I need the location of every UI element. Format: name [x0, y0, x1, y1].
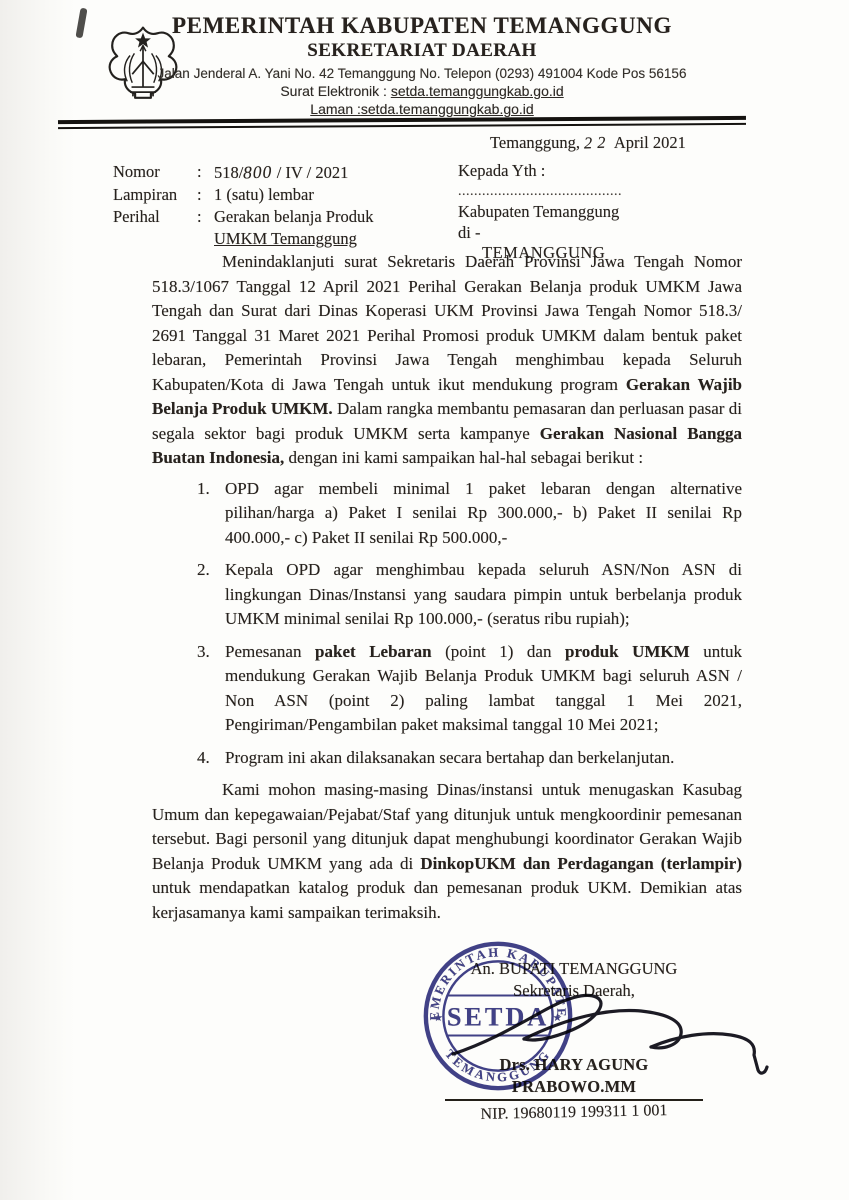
- list-item-text: Pemesanan paket Lebaran (point 1) dan pr…: [225, 640, 742, 738]
- text-segment: DinkopUKM dan Perdagangan (terlampir): [420, 854, 742, 873]
- colon: :: [197, 206, 214, 228]
- text-segment: produk UMKM: [565, 642, 690, 661]
- letter-meta: Nomor : 518/800 / IV / 2021 Lampiran : 1…: [113, 161, 373, 250]
- numbered-list: 1. OPD agar membeli minimal 1 paket leba…: [152, 477, 742, 771]
- closing-paragraph: Kami mohon masing-masing Dinas/instansi …: [152, 778, 742, 925]
- perihal-value-line2: UMKM Temanggung: [214, 228, 357, 250]
- email-line: Surat Elektronik : setda.temanggungkab.g…: [148, 83, 696, 99]
- perihal-row: Perihal : Gerakan belanja Produk: [113, 206, 373, 228]
- list-item-number: 2.: [197, 558, 225, 632]
- text-segment: Pemesanan: [225, 642, 315, 661]
- perihal-value-line1: Gerakan belanja Produk: [214, 206, 373, 228]
- text-segment: Menindaklanjuti surat Sekretaris Daerah …: [152, 252, 742, 394]
- colon: :: [197, 161, 214, 184]
- scan-artifact: [75, 8, 87, 39]
- list-item-number: 4.: [197, 746, 225, 771]
- nomor-label: Nomor: [113, 161, 197, 184]
- website-value: setda.temanggungkab.go.id: [361, 101, 534, 117]
- letterhead: PEMERINTAH KABUPATEN TEMANGGUNG SEKRETAR…: [148, 13, 696, 117]
- perihal-row-2: UMKM Temanggung: [113, 228, 373, 250]
- list-item-number: 1.: [197, 477, 225, 551]
- list-item-text: Kepala OPD agar menghimbau kepada seluru…: [225, 558, 742, 632]
- email-label: Surat Elektronik :: [280, 83, 391, 99]
- colon: :: [197, 184, 214, 206]
- kepada-yth: Kepada Yth :: [458, 161, 622, 182]
- text-segment: paket Lebaran: [315, 642, 432, 661]
- date-place: Temanggung,: [490, 133, 580, 152]
- date-line: Temanggung, 22 April 2021: [490, 133, 686, 153]
- lampiran-row: Lampiran : 1 (satu) lembar: [113, 184, 373, 206]
- government-name: PEMERINTAH KABUPATEN TEMANGGUNG: [148, 13, 696, 39]
- list-item-text: OPD agar membeli minimal 1 paket lebaran…: [225, 477, 742, 551]
- list-item-number: 3.: [197, 640, 225, 738]
- recipient-dotted-line: ........................................…: [458, 182, 622, 203]
- text-segment: (point 1) dan: [432, 642, 565, 661]
- opening-paragraph: Menindaklanjuti surat Sekretaris Daerah …: [152, 250, 742, 471]
- list-item: 4. Program ini akan dilaksanakan secara …: [152, 746, 742, 771]
- lampiran-value: 1 (satu) lembar: [214, 184, 314, 206]
- nomor-post: / IV / 2021: [273, 163, 349, 182]
- scanned-official-letter: PEMERINTAH KABUPATEN TEMANGGUNG SEKRETAR…: [0, 0, 849, 1200]
- date-month-year: April 2021: [614, 133, 686, 152]
- list-item-text: Program ini akan dilaksanakan secara ber…: [225, 746, 742, 771]
- text-segment: dengan ini kami sampaikan hal-hal sebaga…: [284, 448, 643, 467]
- nomor-pre: 518/: [214, 163, 243, 182]
- letter-body: Menindaklanjuti surat Sekretaris Daerah …: [152, 250, 742, 925]
- date-day-handwritten: 22: [584, 133, 611, 154]
- handwritten-signature: [445, 980, 795, 1082]
- letterhead-divider: [58, 116, 746, 129]
- stamp-star-left: ★: [434, 1012, 444, 1024]
- list-item: 2. Kepala OPD agar menghimbau kepada sel…: [152, 558, 742, 632]
- address-line: Jalan Jenderal A. Yani No. 42 Temanggung…: [148, 66, 696, 81]
- text-segment: untuk mendapatkan katalog produk dan pem…: [152, 878, 742, 922]
- nomor-row: Nomor : 518/800 / IV / 2021: [113, 161, 373, 184]
- text-segment: Program ini akan dilaksanakan secara ber…: [225, 748, 674, 767]
- nomor-handwritten: 800: [243, 160, 273, 183]
- text-segment: Kepala OPD agar menghimbau kepada seluru…: [225, 560, 742, 628]
- signatory-nip: NIP. 19680119 199311 1 001: [445, 1099, 703, 1126]
- list-item: 1. OPD agar membeli minimal 1 paket leba…: [152, 477, 742, 551]
- department-name: SEKRETARIAT DAERAH: [148, 40, 696, 62]
- nomor-value: 518/800 / IV / 2021: [214, 161, 348, 184]
- website-label: Laman :: [310, 101, 361, 117]
- recipient-region: Kabupaten Temanggung: [458, 202, 622, 223]
- lampiran-label: Lampiran: [113, 184, 197, 206]
- email-value: setda.temanggungkab.go.id: [391, 83, 564, 99]
- recipient-di: di -: [458, 223, 622, 244]
- recipient-block: Kepada Yth : ...........................…: [458, 161, 622, 264]
- text-segment: OPD agar membeli minimal 1 paket lebaran…: [225, 479, 742, 547]
- website-line: Laman :setda.temanggungkab.go.id: [148, 101, 696, 117]
- perihal-label: Perihal: [113, 206, 197, 228]
- list-item: 3. Pemesanan paket Lebaran (point 1) dan…: [152, 640, 742, 738]
